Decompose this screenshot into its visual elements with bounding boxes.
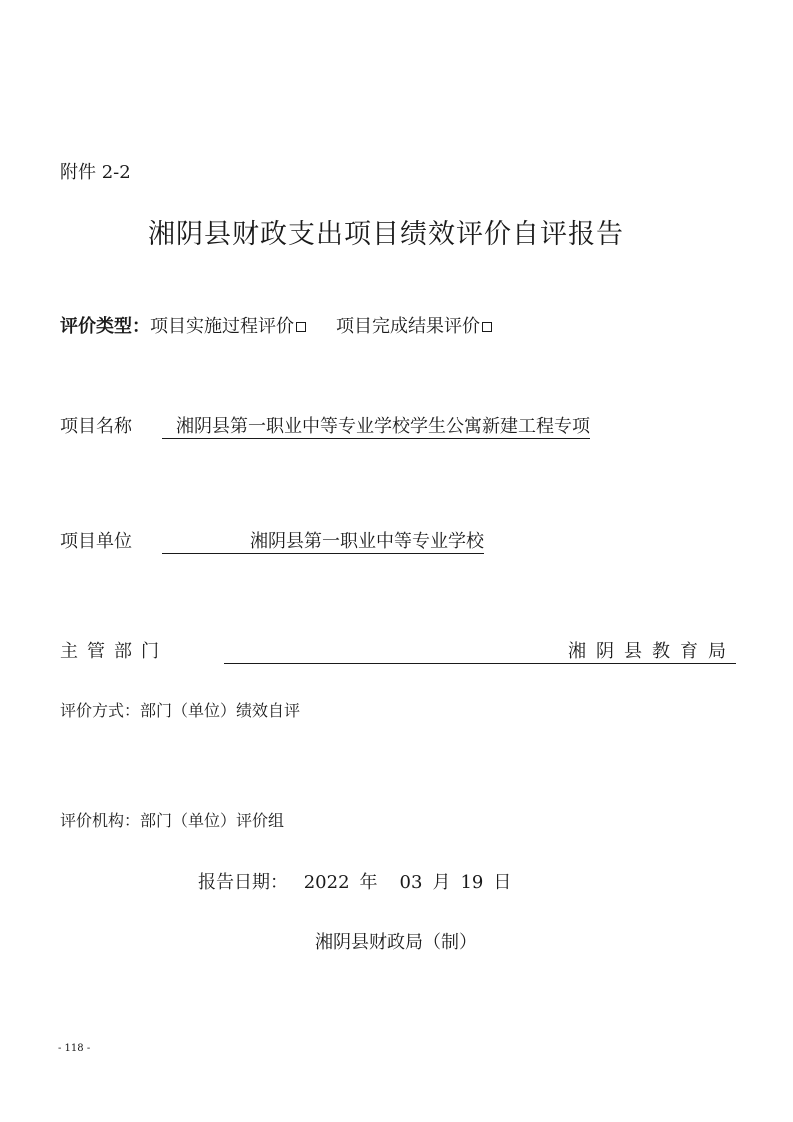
month-unit: 月 bbox=[432, 872, 450, 893]
attachment-label: 附件 2-2 bbox=[60, 158, 131, 184]
report-month: 03 bbox=[400, 872, 423, 893]
evaluation-method-row: 评价方式：部门（单位）绩效自评 bbox=[60, 698, 300, 721]
project-unit-row: 项目单位 湘阴县第一职业中等专业学校 bbox=[60, 527, 132, 553]
project-name-label: 项目名称 bbox=[60, 416, 132, 437]
option-result-label: 项目完成结果评价 bbox=[336, 316, 480, 337]
report-date-row: 报告日期： 2022年03月19日 bbox=[198, 868, 521, 894]
document-title: 湘阴县财政支出项目绩效评价自评报告 bbox=[148, 212, 624, 251]
report-date-label: 报告日期： bbox=[198, 872, 288, 893]
project-unit-label: 项目单位 bbox=[60, 531, 132, 552]
evaluation-method-value: 部门（单位）绩效自评 bbox=[140, 701, 300, 720]
evaluation-type-label: 评价类型： bbox=[60, 316, 150, 337]
project-unit-value: 湘阴县第一职业中等专业学校 bbox=[162, 527, 484, 554]
project-name-value: 湘阴县第一职业中等专业学校学生公寓新建工程专项 bbox=[162, 412, 590, 439]
evaluation-org-row: 评价机构：部门（单位）评价组 bbox=[60, 808, 284, 831]
supervising-dept-label: 主管部门 bbox=[60, 641, 168, 662]
maker-label: 湘阴县财政局（制） bbox=[315, 928, 477, 954]
supervising-dept-value: 湘阴县教育局 bbox=[224, 637, 736, 664]
evaluation-org-label: 评价机构： bbox=[60, 811, 140, 830]
checkbox-result[interactable] bbox=[482, 322, 492, 332]
evaluation-type: 评价类型：项目实施过程评价项目完成结果评价 bbox=[60, 312, 492, 338]
report-day: 19 bbox=[460, 872, 483, 893]
checkbox-process[interactable] bbox=[296, 322, 306, 332]
evaluation-method-label: 评价方式： bbox=[60, 701, 140, 720]
project-name-row: 项目名称 湘阴县第一职业中等专业学校学生公寓新建工程专项 bbox=[60, 412, 132, 438]
page-number: - 118 - bbox=[58, 1043, 90, 1054]
report-year: 2022 bbox=[304, 872, 350, 893]
evaluation-org-value: 部门（单位）评价组 bbox=[140, 811, 284, 830]
option-process-label: 项目实施过程评价 bbox=[150, 316, 294, 337]
year-unit: 年 bbox=[360, 872, 378, 893]
supervising-dept-row: 主管部门 湘阴县教育局 bbox=[60, 637, 736, 663]
day-unit: 日 bbox=[493, 872, 511, 893]
